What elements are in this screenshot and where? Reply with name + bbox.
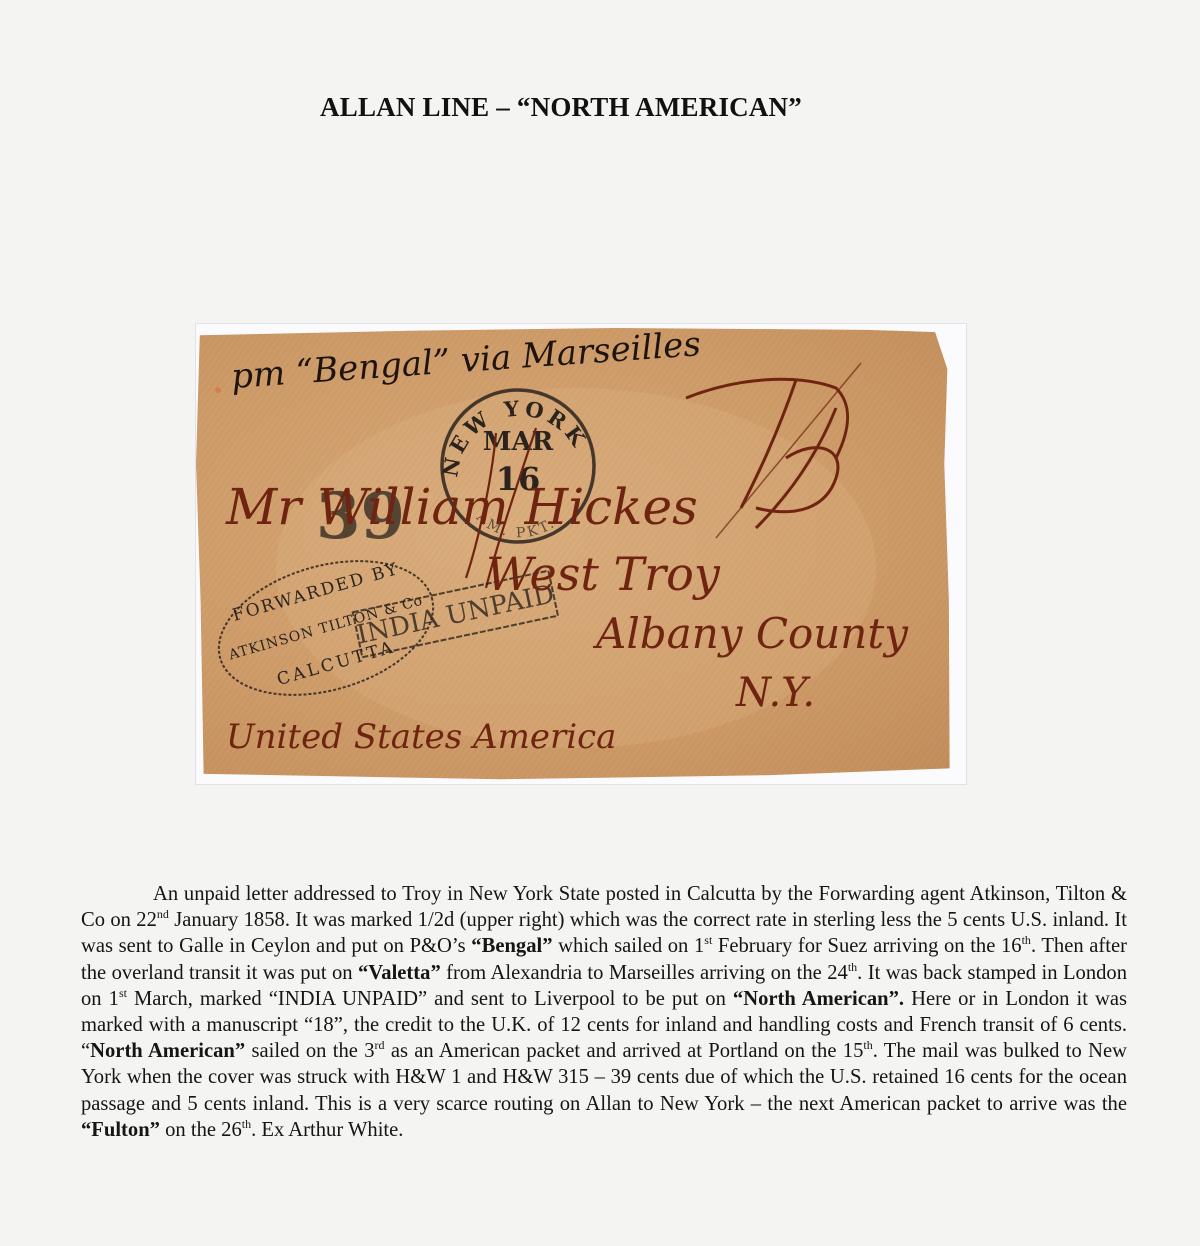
svg-text:West Troy: West Troy (486, 547, 721, 601)
description-text: on the 26 (160, 1119, 242, 1141)
ordinal-suffix: th (242, 1117, 251, 1131)
ordinal-suffix: st (119, 986, 127, 1000)
description-text: as an American packet and arrived at Por… (385, 1040, 864, 1062)
description-text: . Ex Arthur White. (251, 1119, 403, 1141)
svg-text:Mr William Hickes: Mr William Hickes (225, 478, 698, 536)
cover-mount: pm “Bengal” via Marseilles NEW YORK MAR … (196, 324, 966, 784)
ship-name: North American” (90, 1040, 245, 1062)
envelope-cover-image: pm “Bengal” via Marseilles NEW YORK MAR … (196, 328, 958, 782)
description-text: sailed on the 3 (245, 1040, 374, 1062)
svg-text:pm “Bengal” via Marseilles: pm “Bengal” via Marseilles (230, 328, 702, 397)
description-text: from Alexandria to Marseilles arriving o… (441, 962, 848, 984)
svg-text:N.Y.: N.Y. (735, 670, 815, 716)
ordinal-suffix: rd (375, 1038, 385, 1052)
manuscript-routing: pm “Bengal” via Marseilles (230, 328, 702, 397)
ship-name: “Bengal” (471, 935, 552, 957)
ordinal-suffix: nd (157, 907, 169, 921)
ordinal-suffix: th (848, 960, 857, 974)
ship-name: “Valetta” (358, 962, 441, 984)
cover-description: An unpaid letter addressed to Troy in Ne… (81, 881, 1127, 1143)
ship-name: “Fulton” (81, 1119, 160, 1141)
svg-text:1/2d: 1/2d (896, 367, 898, 369)
ship-name: “North American”. (733, 988, 904, 1010)
description-text: which sailed on 1 (553, 935, 705, 957)
ordinal-suffix: th (1022, 933, 1031, 947)
ordinal-suffix: th (863, 1038, 872, 1052)
description-text: February for Suez arriving on the 16 (712, 935, 1021, 957)
description-text: March, marked “INDIA UNPAID” and sent to… (127, 988, 733, 1010)
svg-text:United States America: United States America (226, 717, 616, 757)
page-title: ALLAN LINE – “NORTH AMERICAN” (0, 92, 1122, 123)
svg-text:Albany County: Albany County (592, 609, 909, 658)
